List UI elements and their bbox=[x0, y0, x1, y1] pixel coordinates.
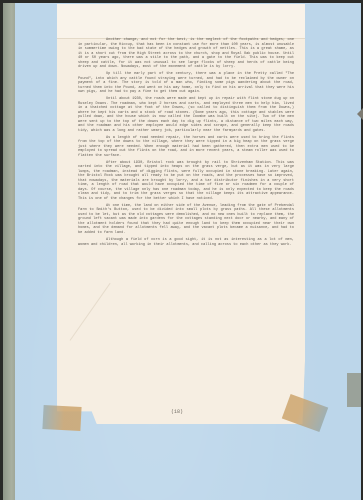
paragraph-road-repair: As a length of road needed repair, the h… bbox=[78, 136, 294, 159]
tape-left bbox=[42, 405, 81, 431]
paragraph-allotments: At one time, the land on either side of … bbox=[78, 204, 294, 236]
page-number: (18) bbox=[171, 409, 183, 415]
tape-edge bbox=[347, 373, 361, 407]
paragraph-corn-field: Although a field of corn is a good sight… bbox=[78, 238, 294, 247]
binder-tab-icon bbox=[357, 108, 363, 120]
typed-text-body: Another change, and not for the best, is… bbox=[78, 38, 294, 250]
folded-top-edge bbox=[57, 4, 305, 39]
paragraph-pound: Up till the early part of the century, t… bbox=[78, 72, 294, 95]
paragraph-footpaths: Another change, and not for the best, is… bbox=[78, 38, 294, 70]
paragraph-roads: Until about 1930, the roads were made an… bbox=[78, 97, 294, 133]
paragraph-bristol-rock: After about 1930, Bristol rock was broug… bbox=[78, 161, 294, 202]
